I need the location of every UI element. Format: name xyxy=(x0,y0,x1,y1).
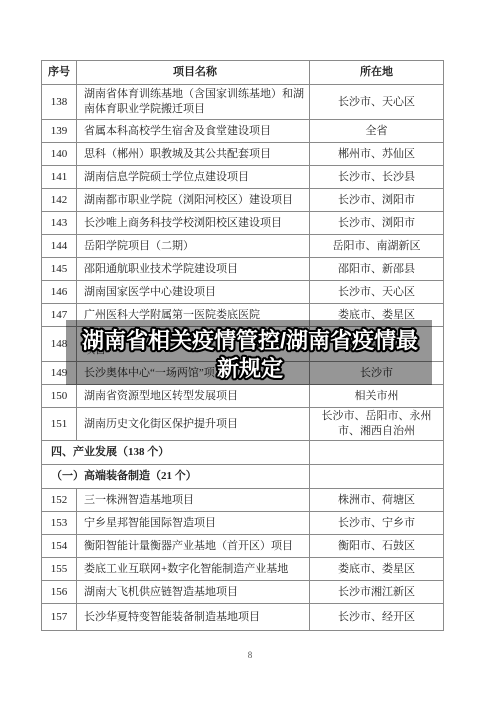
row-serial: 157 xyxy=(42,604,77,630)
row-serial: 154 xyxy=(42,535,77,557)
header-cell-name: 项目名称 xyxy=(77,61,310,84)
row-location: 长沙市、经开区 xyxy=(310,604,443,630)
section-label: 四、产业发展（138 个） xyxy=(42,441,310,464)
row-location: 长沙市、岳阳市、永州市、湘西自治州 xyxy=(310,408,443,440)
row-location: 娄底市、娄星区 xyxy=(310,558,443,580)
table-row: 150湖南省资源型地区转型发展项目相关市州 xyxy=(42,385,443,408)
row-location: 株洲市、荷塘区 xyxy=(310,489,443,511)
row-project-name: 省属本科高校学生宿舍及食堂建设项目 xyxy=(77,120,310,142)
table-row: 141湖南信息学院硕士学位点建设项目长沙市、长沙县 xyxy=(42,166,443,189)
table-row: 156湖南大飞机供应链智造基地项目长沙市湘江新区 xyxy=(42,581,443,604)
row-location: 长沙市、天心区 xyxy=(310,85,443,119)
row-serial: 139 xyxy=(42,120,77,142)
section-row: （一）高端装备制造（21 个） xyxy=(42,465,443,489)
row-location: 长沙市、宁乡市 xyxy=(310,512,443,534)
table-row: 139省属本科高校学生宿舍及食堂建设项目全省 xyxy=(42,120,443,143)
row-serial: 152 xyxy=(42,489,77,511)
row-location: 邵阳市、新邵县 xyxy=(310,258,443,280)
table-row: 153宁乡星邦智能国际智造项目长沙市、宁乡市 xyxy=(42,512,443,535)
row-project-name: 思科（郴州）职教城及其公共配套项目 xyxy=(77,143,310,165)
row-location: 长沙市湘江新区 xyxy=(310,581,443,603)
row-location: 衡阳市、石鼓区 xyxy=(310,535,443,557)
row-project-name: 娄底工业互联网+数字化智能制造产业基地 xyxy=(77,558,310,580)
row-serial: 142 xyxy=(42,189,77,211)
table-row: 152三一株洲智造基地项目株洲市、荷塘区 xyxy=(42,489,443,512)
row-location: 相关市州 xyxy=(310,385,443,407)
table-row: 145邵阳通航职业技术学院建设项目邵阳市、新邵县 xyxy=(42,258,443,281)
table-row: 155娄底工业互联网+数字化智能制造产业基地娄底市、娄星区 xyxy=(42,558,443,581)
watermark-title: 湖南省相关疫情管控/湖南省疫情最 新规定 xyxy=(0,327,500,383)
table-row: 142湖南都市职业学院（浏阳河校区）建设项目长沙市、浏阳市 xyxy=(42,189,443,212)
row-project-name: 三一株洲智造基地项目 xyxy=(77,489,310,511)
table-row: 140思科（郴州）职教城及其公共配套项目郴州市、苏仙区 xyxy=(42,143,443,166)
row-project-name: 长沙唯上商务科技学校浏阳校区建设项目 xyxy=(77,212,310,234)
row-serial: 143 xyxy=(42,212,77,234)
row-serial: 146 xyxy=(42,281,77,303)
section-location-empty xyxy=(310,441,443,464)
page-number: 8 xyxy=(0,650,500,660)
row-location: 岳阳市、南湖新区 xyxy=(310,235,443,257)
row-serial: 138 xyxy=(42,85,77,119)
row-project-name: 岳阳学院项目（二期） xyxy=(77,235,310,257)
row-location: 郴州市、苏仙区 xyxy=(310,143,443,165)
section-location-empty xyxy=(310,465,443,488)
row-project-name: 衡阳智能计量衡器产业基地（首开区）项目 xyxy=(77,535,310,557)
row-serial: 151 xyxy=(42,408,77,440)
document-page: 序号 项目名称 所在地 138湖南省体育训练基地（含国家训练基地）和湖南体育职业… xyxy=(0,0,500,707)
row-project-name: 宁乡星邦智能国际智造项目 xyxy=(77,512,310,534)
table-row: 157长沙华夏特变智能装备制造基地项目长沙市、经开区 xyxy=(42,604,443,630)
row-location: 长沙市、浏阳市 xyxy=(310,189,443,211)
header-cell-serial: 序号 xyxy=(42,61,77,84)
table-row: 154衡阳智能计量衡器产业基地（首开区）项目衡阳市、石鼓区 xyxy=(42,535,443,558)
row-serial: 150 xyxy=(42,385,77,407)
row-project-name: 邵阳通航职业技术学院建设项目 xyxy=(77,258,310,280)
row-serial: 140 xyxy=(42,143,77,165)
row-location: 长沙市、浏阳市 xyxy=(310,212,443,234)
row-serial: 156 xyxy=(42,581,77,603)
section-row: 四、产业发展（138 个） xyxy=(42,441,443,465)
row-serial: 153 xyxy=(42,512,77,534)
table-row: 151湖南历史文化街区保护提升项目长沙市、岳阳市、永州市、湘西自治州 xyxy=(42,408,443,441)
watermark-title-line2: 新规定 xyxy=(0,355,500,383)
row-serial: 155 xyxy=(42,558,77,580)
watermark-title-line1: 湖南省相关疫情管控/湖南省疫情最 xyxy=(0,327,500,355)
row-project-name: 湖南大飞机供应链智造基地项目 xyxy=(77,581,310,603)
row-project-name: 湖南都市职业学院（浏阳河校区）建设项目 xyxy=(77,189,310,211)
row-serial: 145 xyxy=(42,258,77,280)
section-label: （一）高端装备制造（21 个） xyxy=(42,465,310,488)
row-project-name: 湖南信息学院硕士学位点建设项目 xyxy=(77,166,310,188)
row-serial: 144 xyxy=(42,235,77,257)
table-row: 144岳阳学院项目（二期）岳阳市、南湖新区 xyxy=(42,235,443,258)
row-project-name: 湖南省体育训练基地（含国家训练基地）和湖南体育职业学院搬迁项目 xyxy=(77,85,310,119)
table-row: 143长沙唯上商务科技学校浏阳校区建设项目长沙市、浏阳市 xyxy=(42,212,443,235)
row-serial: 141 xyxy=(42,166,77,188)
row-project-name: 湖南国家医学中心建设项目 xyxy=(77,281,310,303)
row-project-name: 湖南历史文化街区保护提升项目 xyxy=(77,408,310,440)
table-row: 138湖南省体育训练基地（含国家训练基地）和湖南体育职业学院搬迁项目长沙市、天心… xyxy=(42,85,443,120)
row-location: 全省 xyxy=(310,120,443,142)
row-project-name: 湖南省资源型地区转型发展项目 xyxy=(77,385,310,407)
row-location: 长沙市、长沙县 xyxy=(310,166,443,188)
row-project-name: 长沙华夏特变智能装备制造基地项目 xyxy=(77,604,310,630)
header-cell-location: 所在地 xyxy=(310,61,443,84)
table-header-row: 序号 项目名称 所在地 xyxy=(42,61,443,85)
row-location: 长沙市、天心区 xyxy=(310,281,443,303)
table-row: 146湖南国家医学中心建设项目长沙市、天心区 xyxy=(42,281,443,304)
